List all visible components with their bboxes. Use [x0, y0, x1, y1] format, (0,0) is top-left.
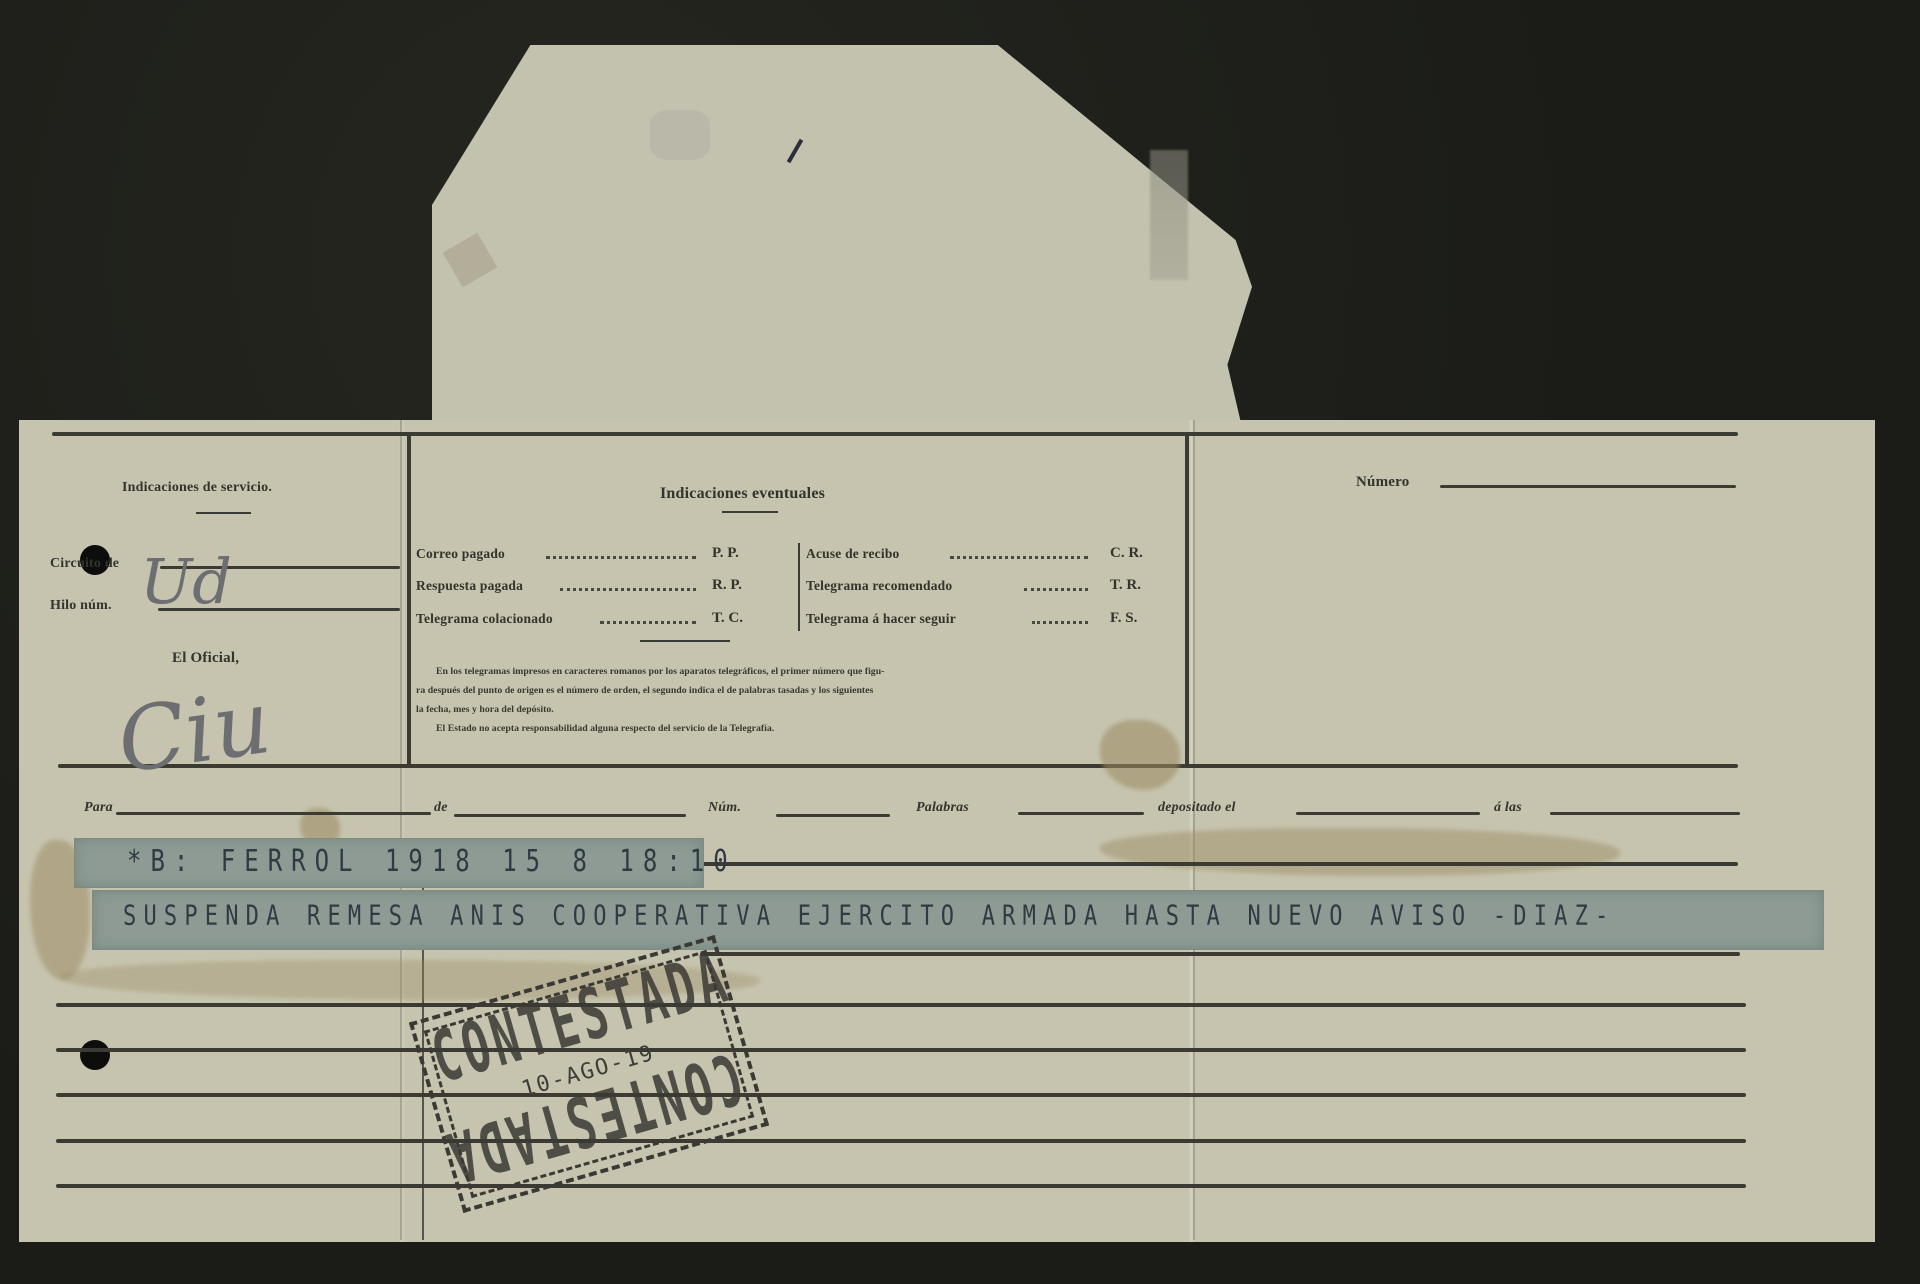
top-rule: [52, 432, 1738, 436]
depositado-label: depositado el: [1158, 800, 1236, 816]
flap-smudge: [650, 110, 710, 160]
handwritten-hilo: Ud: [140, 545, 232, 618]
message-line: [700, 952, 1740, 956]
option-label: Correo pagado: [416, 546, 505, 562]
officer-label: El Oficial,: [172, 650, 239, 667]
options-divider: [798, 543, 800, 631]
notice-line: El Estado no acepta responsabilidad algu…: [436, 719, 774, 738]
notice-line: En los telegramas impresos en caracteres…: [436, 662, 884, 681]
title-underline: [196, 512, 251, 514]
message-line: [56, 1184, 1746, 1188]
telegram-sheet: [19, 420, 1875, 1242]
message-line: [700, 862, 1738, 866]
para-label: Para: [84, 800, 113, 816]
option-label: Telegrama colacionado: [416, 611, 553, 627]
flap-ghost-letter: [1150, 150, 1188, 280]
option-code: P. P.: [712, 545, 739, 562]
notice-line: ra después del punto de origen es el núm…: [416, 681, 873, 700]
option-label: Acuse de recibo: [806, 546, 900, 562]
hilo-label: Hilo núm.: [50, 598, 112, 614]
message-line: [56, 1093, 1746, 1097]
leader-dots: [546, 556, 696, 559]
panel-divider-left: [407, 434, 411, 764]
message-line: [56, 1139, 1746, 1143]
tape-message-text: SUSPENDA REMESA ANIS COOPERATIVA EJERCIT…: [123, 901, 1616, 932]
palabras-line: [1018, 812, 1144, 815]
tape-message-strip: SUSPENDA REMESA ANIS COOPERATIVA EJERCIT…: [92, 890, 1824, 950]
num-label: Núm.: [708, 800, 741, 816]
option-label: Respuesta pagada: [416, 578, 523, 594]
service-panel-title: Indicaciones de servicio.: [122, 480, 272, 496]
option-label: Telegrama á hacer seguir: [806, 611, 956, 627]
palabras-label: Palabras: [916, 800, 969, 816]
divider-short: [640, 640, 730, 642]
option-code: T. C.: [712, 610, 743, 627]
officer-signature: Ciu: [112, 670, 277, 793]
option-code: R. P.: [712, 577, 742, 594]
option-code: T. R.: [1110, 577, 1141, 594]
hora-line: [1550, 812, 1740, 815]
depositado-line: [1296, 812, 1480, 815]
notice-line: la fecha, mes y hora del depósito.: [416, 700, 554, 719]
message-line: [56, 1003, 1746, 1007]
panel-bottom-rule: [58, 764, 1738, 768]
circuito-label: Circuito de: [50, 556, 119, 572]
de-line: [454, 814, 686, 817]
leader-dots: [560, 588, 696, 591]
tape-header-strip: *B: FERROL 1918 15 8 18:10: [74, 838, 704, 888]
de-label: de: [434, 800, 448, 816]
number-label: Número: [1356, 474, 1409, 491]
leader-dots: [1032, 621, 1088, 624]
number-line: [1440, 485, 1736, 488]
leader-dots: [1024, 588, 1088, 591]
num-line: [776, 814, 890, 817]
option-label: Telegrama recomendado: [806, 578, 952, 594]
eventual-panel-title: Indicaciones eventuales: [660, 485, 825, 503]
punch-hole-bottom: [80, 1040, 110, 1070]
leader-dots: [950, 556, 1088, 559]
option-code: C. R.: [1110, 545, 1143, 562]
leader-dots: [600, 621, 696, 624]
fold-line: [400, 420, 402, 1240]
fold-line: [1193, 420, 1195, 1240]
para-line: [116, 812, 431, 815]
title-underline: [722, 511, 778, 513]
tape-header-text: *B: FERROL 1918 15 8 18:10: [127, 844, 737, 879]
panel-divider-right: [1185, 434, 1189, 764]
message-line: [56, 1048, 1746, 1052]
hora-label: á las: [1494, 800, 1522, 816]
option-code: F. S.: [1110, 610, 1137, 627]
